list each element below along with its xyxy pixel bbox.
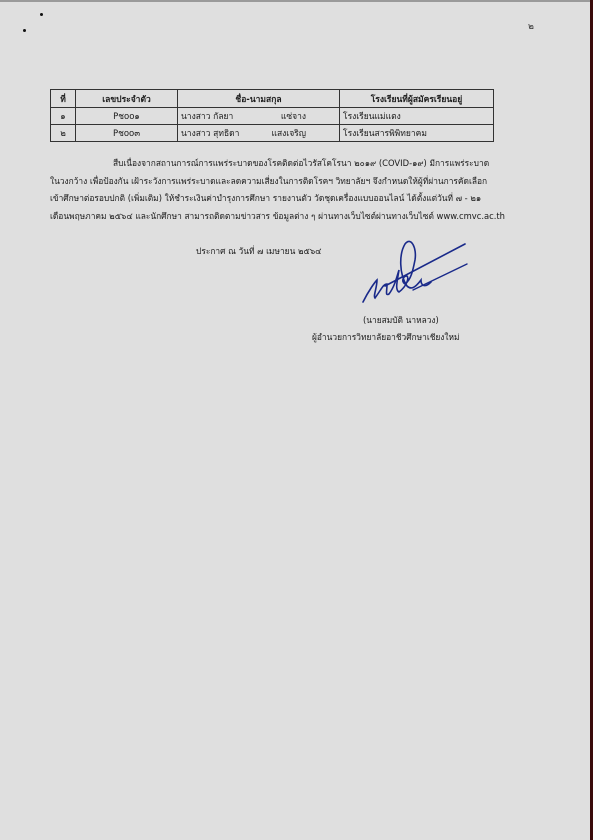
announcement-body: สืบเนื่องจากสถานการณ์การแพร่ระบาดของโรคต… <box>50 155 500 225</box>
cell-no: ๑ <box>51 108 76 125</box>
signatory-title: ผู้อำนวยการวิทยาลัยอาชีวศึกษาเชียงใหม่ <box>312 330 460 344</box>
body-line: เข้าศึกษาต่อรอบปกติ (เพิ่มเติม) ให้ชำระเ… <box>50 190 500 208</box>
registration-table: ที่ เลขประจำตัว ชื่อ-นามสกุล โรงเรียนที่… <box>50 89 494 142</box>
table-row: ๒ Pชoo๓ นางสาว สุทธิดา แสงเจริญ โรงเรียน… <box>51 125 494 142</box>
table-row: ๑ Pชoo๑ นางสาว กัลยา แซ่จาง โรงเรียนแม่แ… <box>51 108 494 125</box>
header-no: ที่ <box>51 90 76 108</box>
cell-school: โรงเรียนแม่แตง <box>340 108 494 125</box>
signature-image <box>355 230 475 310</box>
scan-speck <box>23 29 26 32</box>
header-id: เลขประจำตัว <box>76 90 178 108</box>
header-name: ชื่อ-นามสกุล <box>178 90 340 108</box>
cell-id: Pชoo๑ <box>76 108 178 125</box>
cell-school: โรงเรียนสารพิพิทยาคม <box>340 125 494 142</box>
cell-no: ๒ <box>51 125 76 142</box>
body-line: เดือนพฤษภาคม ๒๕๖๔ และนักศึกษา สามารถติดต… <box>50 208 500 226</box>
header-school: โรงเรียนที่ผู้สมัครเรียนอยู่ <box>340 90 494 108</box>
document-page: ๒ ที่ เลขประจำตัว ชื่อ-นามสกุล โรงเรียนท… <box>0 0 590 840</box>
last-name: แซ่จาง <box>281 109 306 123</box>
page-top-edge <box>0 0 590 2</box>
body-line: สืบเนื่องจากสถานการณ์การแพร่ระบาดของโรคต… <box>50 155 500 173</box>
first-name: นางสาว กัลยา <box>181 109 233 123</box>
cell-id: Pชoo๓ <box>76 125 178 142</box>
cell-name: นางสาว กัลยา แซ่จาง <box>178 108 340 125</box>
first-name: นางสาว สุทธิดา <box>181 126 239 140</box>
announcement-date: ประกาศ ณ วันที่ ๗ เมษายน ๒๕๖๔ <box>196 244 321 258</box>
body-line: ในวงกว้าง เพื่อป้องกัน เฝ้าระวังการแพร่ร… <box>50 173 500 191</box>
cell-name: นางสาว สุทธิดา แสงเจริญ <box>178 125 340 142</box>
signatory-name: (นายสมบัติ นาหลวง) <box>363 313 439 327</box>
table-header-row: ที่ เลขประจำตัว ชื่อ-นามสกุล โรงเรียนที่… <box>51 90 494 108</box>
scan-speck <box>40 13 43 16</box>
last-name: แสงเจริญ <box>271 126 306 140</box>
page-number: ๒ <box>528 19 534 33</box>
